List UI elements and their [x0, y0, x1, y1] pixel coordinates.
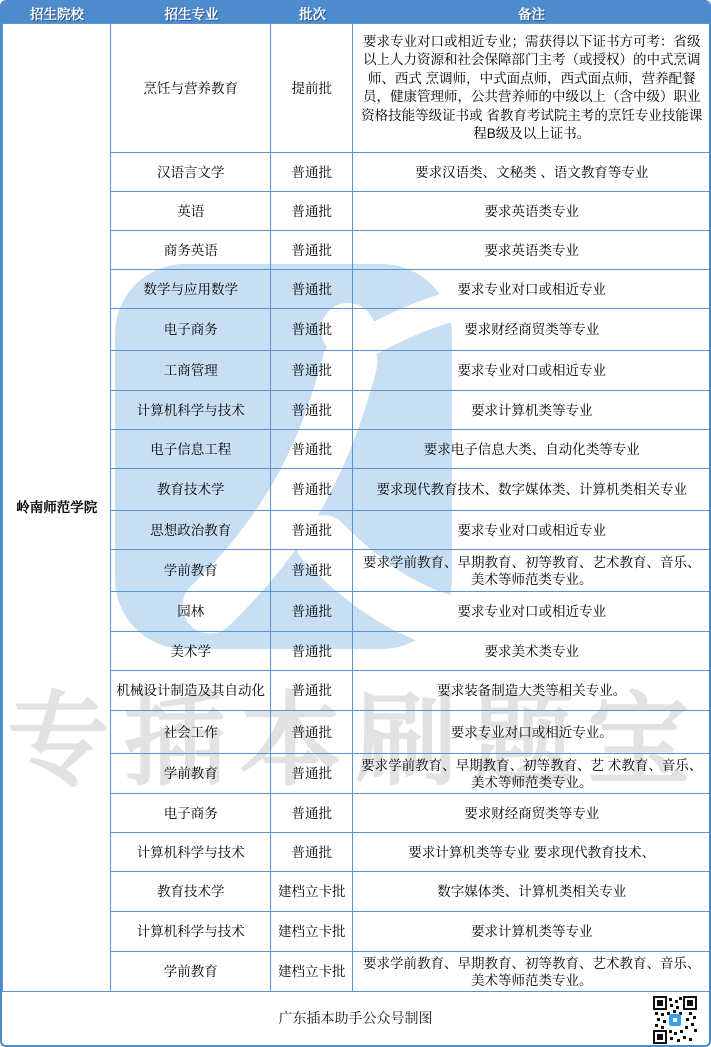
header-remark: 备注	[354, 2, 709, 23]
batch-cell: 普通批	[271, 192, 353, 231]
remark-cell: 要求现代教育技术、数字媒体类、计算机类相关专业	[353, 469, 711, 511]
qr-code	[653, 996, 697, 1047]
batch-cell: 普通批	[271, 794, 353, 833]
footer-credit: 广东插本助手公众号制图	[279, 1008, 433, 1028]
batch-cell: 普通批	[271, 469, 353, 511]
batch-cell: 普通批	[271, 511, 353, 550]
remark-cell: 要求计算机类等专业	[353, 912, 711, 952]
major-cell: 电子信息工程	[111, 430, 271, 469]
remark-cell: 要求财经商贸类等专业	[353, 309, 711, 351]
major-cell: 烹饪与营养教育	[111, 24, 271, 153]
remark-cell: 要求专业对口或相近专业；需获得以下证书方可考：省级以上人力资源和社会保障部门主考…	[353, 24, 711, 153]
admissions-table: 岭南师范学院 烹饪与营养教育 提前批 要求专业对口或相近专业；需获得以下证书方可…	[2, 23, 711, 992]
major-cell: 工商管理	[111, 351, 271, 391]
major-cell: 学前教育	[111, 952, 271, 992]
batch-cell: 普通批	[271, 592, 353, 632]
major-cell: 计算机科学与技术	[111, 391, 271, 430]
remark-cell: 要求专业对口或相近专业。	[353, 711, 711, 754]
major-cell: 思想政治教育	[111, 511, 271, 550]
major-cell: 社会工作	[111, 711, 271, 754]
major-cell: 汉语言文学	[111, 153, 271, 192]
remark-cell: 要求专业对口或相近专业	[353, 511, 711, 550]
remark-cell: 要求学前教育、早期教育、初等教育、艺术教育、音乐、美术等师范类专业。	[353, 550, 711, 592]
footer: 广东插本助手公众号制图	[2, 990, 709, 1045]
table-header: 招生院校 招生专业 批次 备注	[2, 2, 709, 23]
remark-cell: 要求英语类专业	[353, 192, 711, 231]
batch-cell: 普通批	[271, 671, 353, 711]
major-cell: 教育技术学	[111, 872, 271, 912]
college-cell: 岭南师范学院	[3, 24, 111, 992]
remark-cell: 数字媒体类、计算机类相关专业	[353, 872, 711, 912]
table-row: 岭南师范学院 烹饪与营养教育 提前批 要求专业对口或相近专业；需获得以下证书方可…	[3, 24, 711, 153]
major-cell: 电子商务	[111, 309, 271, 351]
batch-cell: 普通批	[271, 430, 353, 469]
major-cell: 教育技术学	[111, 469, 271, 511]
remark-cell: 要求专业对口或相近专业	[353, 351, 711, 391]
major-cell: 计算机科学与技术	[111, 912, 271, 952]
remark-cell: 要求学前教育、早期教育、初等教育、艺 术教育、音乐、美术等师范类专业。	[353, 754, 711, 794]
header-batch: 批次	[271, 2, 354, 23]
remark-cell: 要求专业对口或相近专业	[353, 592, 711, 632]
remark-cell: 要求财经商贸类等专业	[353, 794, 711, 833]
batch-cell: 普通批	[271, 632, 353, 671]
major-cell: 园林	[111, 592, 271, 632]
batch-cell: 普通批	[271, 231, 353, 270]
batch-cell: 普通批	[271, 309, 353, 351]
remark-cell: 要求装备制造大类等相关专业。	[353, 671, 711, 711]
batch-cell: 提前批	[271, 24, 353, 153]
header-college: 招生院校	[2, 2, 112, 23]
batch-cell: 建档立卡批	[271, 912, 353, 952]
major-cell: 学前教育	[111, 754, 271, 794]
batch-cell: 普通批	[271, 351, 353, 391]
batch-cell: 建档立卡批	[271, 872, 353, 912]
remark-cell: 要求专业对口或相近专业	[353, 270, 711, 309]
remark-cell: 要求学前教育、早期教育、初等教育、艺术教育、音乐、美术等师范类专业。	[353, 952, 711, 992]
batch-cell: 普通批	[271, 153, 353, 192]
remark-cell: 要求计算机类等专业 要求现代教育技术、	[353, 833, 711, 872]
remark-cell: 要求英语类专业	[353, 231, 711, 270]
remark-cell: 要求汉语类、文秘类 、语文教育等专业	[353, 153, 711, 192]
batch-cell: 建档立卡批	[271, 952, 353, 992]
major-cell: 英语	[111, 192, 271, 231]
infographic-page: 专插本刷题宝 招生院校 招生专业 批次 备注 岭南师范学院 烹饪与营养教育 提前…	[0, 0, 711, 1047]
major-cell: 电子商务	[111, 794, 271, 833]
remark-cell: 要求计算机类等专业	[353, 391, 711, 430]
batch-cell: 普通批	[271, 391, 353, 430]
major-cell: 学前教育	[111, 550, 271, 592]
batch-cell: 普通批	[271, 550, 353, 592]
remark-cell: 要求美术类专业	[353, 632, 711, 671]
major-cell: 商务英语	[111, 231, 271, 270]
major-cell: 计算机科学与技术	[111, 833, 271, 872]
header-major: 招生专业	[112, 2, 271, 23]
batch-cell: 普通批	[271, 754, 353, 794]
major-cell: 美术学	[111, 632, 271, 671]
major-cell: 机械设计制造及其自动化	[111, 671, 271, 711]
qr-code-icon	[653, 996, 697, 1044]
remark-cell: 要求电子信息大类、自动化类等专业	[353, 430, 711, 469]
batch-cell: 普通批	[271, 711, 353, 754]
major-cell: 数学与应用数学	[111, 270, 271, 309]
batch-cell: 普通批	[271, 833, 353, 872]
batch-cell: 普通批	[271, 270, 353, 309]
